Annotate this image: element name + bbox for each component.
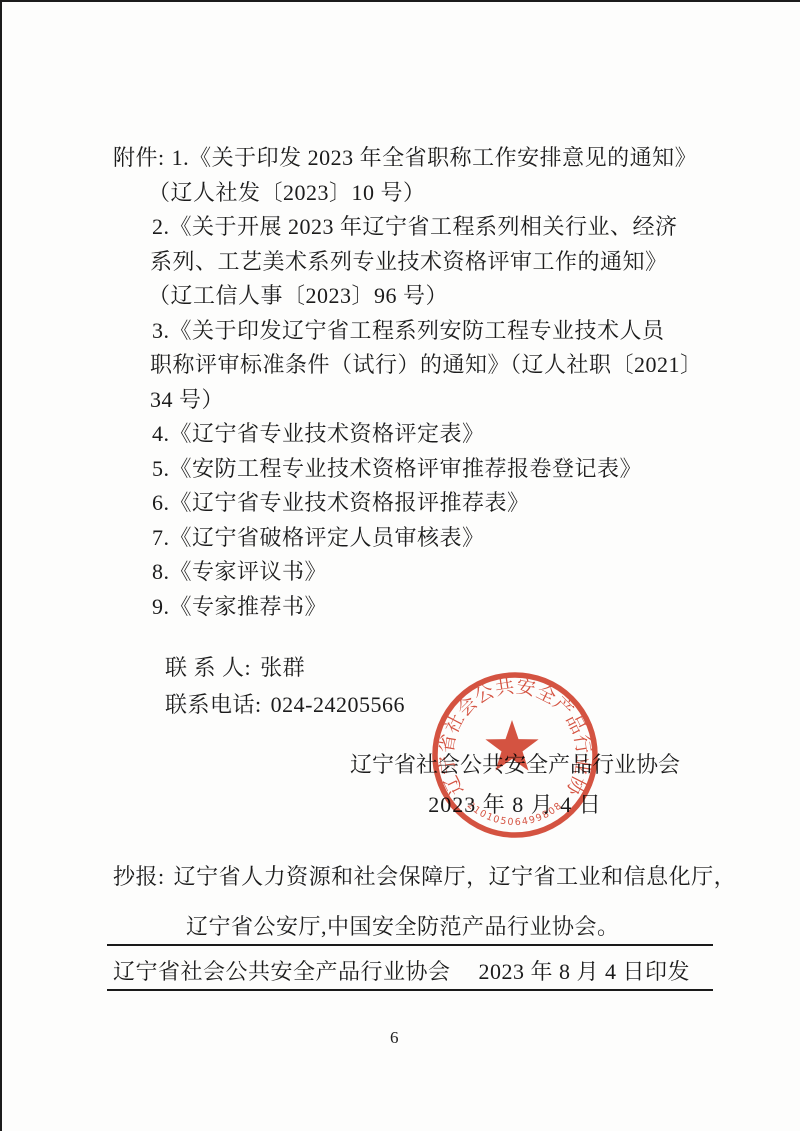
contact-phone-label: 联系电话: — [165, 692, 262, 717]
attachment-line: 4.《辽宁省专业技术资格评定表》 — [0, 417, 800, 452]
contact-section: 联 系 人:张群 联系电话:024-24205566 — [165, 650, 405, 723]
attachment-line: 6.《辽宁省专业技术资格报评推荐表》 — [0, 486, 800, 521]
attachment-line: 系列、工艺美术系列专业技术资格评审工作的通知》 — [0, 245, 800, 280]
attachments-label: 附件: — [113, 145, 165, 170]
attachment-item-1: 1.《关于印发 2023 年全省职称工作安排意见的通知》 — [172, 145, 698, 170]
attachment-line: 3.《关于印发辽宁省工程系列安防工程专业技术人员 — [0, 314, 800, 349]
contact-person-value: 张群 — [260, 655, 305, 680]
attachment-line: （辽工信人事〔2023〕96 号） — [0, 279, 800, 314]
contact-person-label: 联 系 人: — [165, 655, 251, 680]
attachment-line: 2.《关于开展 2023 年辽宁省工程系列相关行业、经济 — [0, 210, 800, 245]
attachment-line: 34 号） — [0, 383, 800, 418]
copy-to-line: 抄报:辽宁省人力资源和社会保障厅，辽宁省工业和信息化厅， — [0, 860, 800, 891]
footer-imprint-row: 辽宁省社会公共安全产品行业协会 2023 年 8 月 4 日印发 — [113, 955, 690, 986]
attachment-line: 9.《专家推荐书》 — [0, 590, 800, 625]
footer-org-name: 辽宁省社会公共安全产品行业协会 — [113, 955, 451, 986]
copy-to-recipients-2: 辽宁省公安厅,中国安全防范产品行业协会。 — [186, 914, 620, 939]
attachment-line: 8.《专家评议书》 — [0, 555, 800, 590]
page-number: 6 — [390, 1028, 399, 1048]
contact-phone-value: 024-24205566 — [271, 692, 405, 717]
attachment-line: 5.《安防工程专业技术资格评审推荐报卷登记表》 — [0, 452, 800, 487]
footer-print-date: 2023 年 8 月 4 日印发 — [478, 955, 690, 986]
copy-to-line: 辽宁省公安厅,中国安全防范产品行业协会。 — [0, 910, 800, 941]
copy-to-recipients-1: 辽宁省人力资源和社会保障厅，辽宁省工业和信息化厅， — [174, 864, 737, 889]
copy-to-section: 抄报:辽宁省人力资源和社会保障厅，辽宁省工业和信息化厅， 辽宁省公安厅,中国安全… — [0, 860, 800, 941]
attachment-line: 职称评审标准条件（试行）的通知》（辽人社职〔2021〕 — [0, 348, 800, 383]
signature-block: 辽宁省社会公共安全产品行业协会 2023 年 8 月 4 日 — [338, 752, 692, 817]
document-page: 附件:1.《关于印发 2023 年全省职称工作安排意见的通知》 （辽人社发〔20… — [0, 0, 800, 1131]
footer-rule-bottom — [107, 989, 713, 991]
scan-edge-top — [0, 0, 800, 2]
attachment-line: 7.《辽宁省破格评定人员审核表》 — [0, 521, 800, 556]
attachments-section: 附件:1.《关于印发 2023 年全省职称工作安排意见的通知》 （辽人社发〔20… — [0, 141, 800, 624]
contact-phone-line: 联系电话:024-24205566 — [165, 687, 405, 724]
signature-date: 2023 年 8 月 4 日 — [338, 792, 692, 817]
contact-person-line: 联 系 人:张群 — [165, 650, 405, 687]
signature-org-name: 辽宁省社会公共安全产品行业协会 — [338, 752, 692, 777]
copy-to-label: 抄报: — [113, 864, 165, 889]
attachment-line: 附件:1.《关于印发 2023 年全省职称工作安排意见的通知》 — [0, 141, 800, 176]
attachment-line: （辽人社发〔2023〕10 号） — [0, 176, 800, 211]
footer-rule-top — [107, 944, 713, 946]
